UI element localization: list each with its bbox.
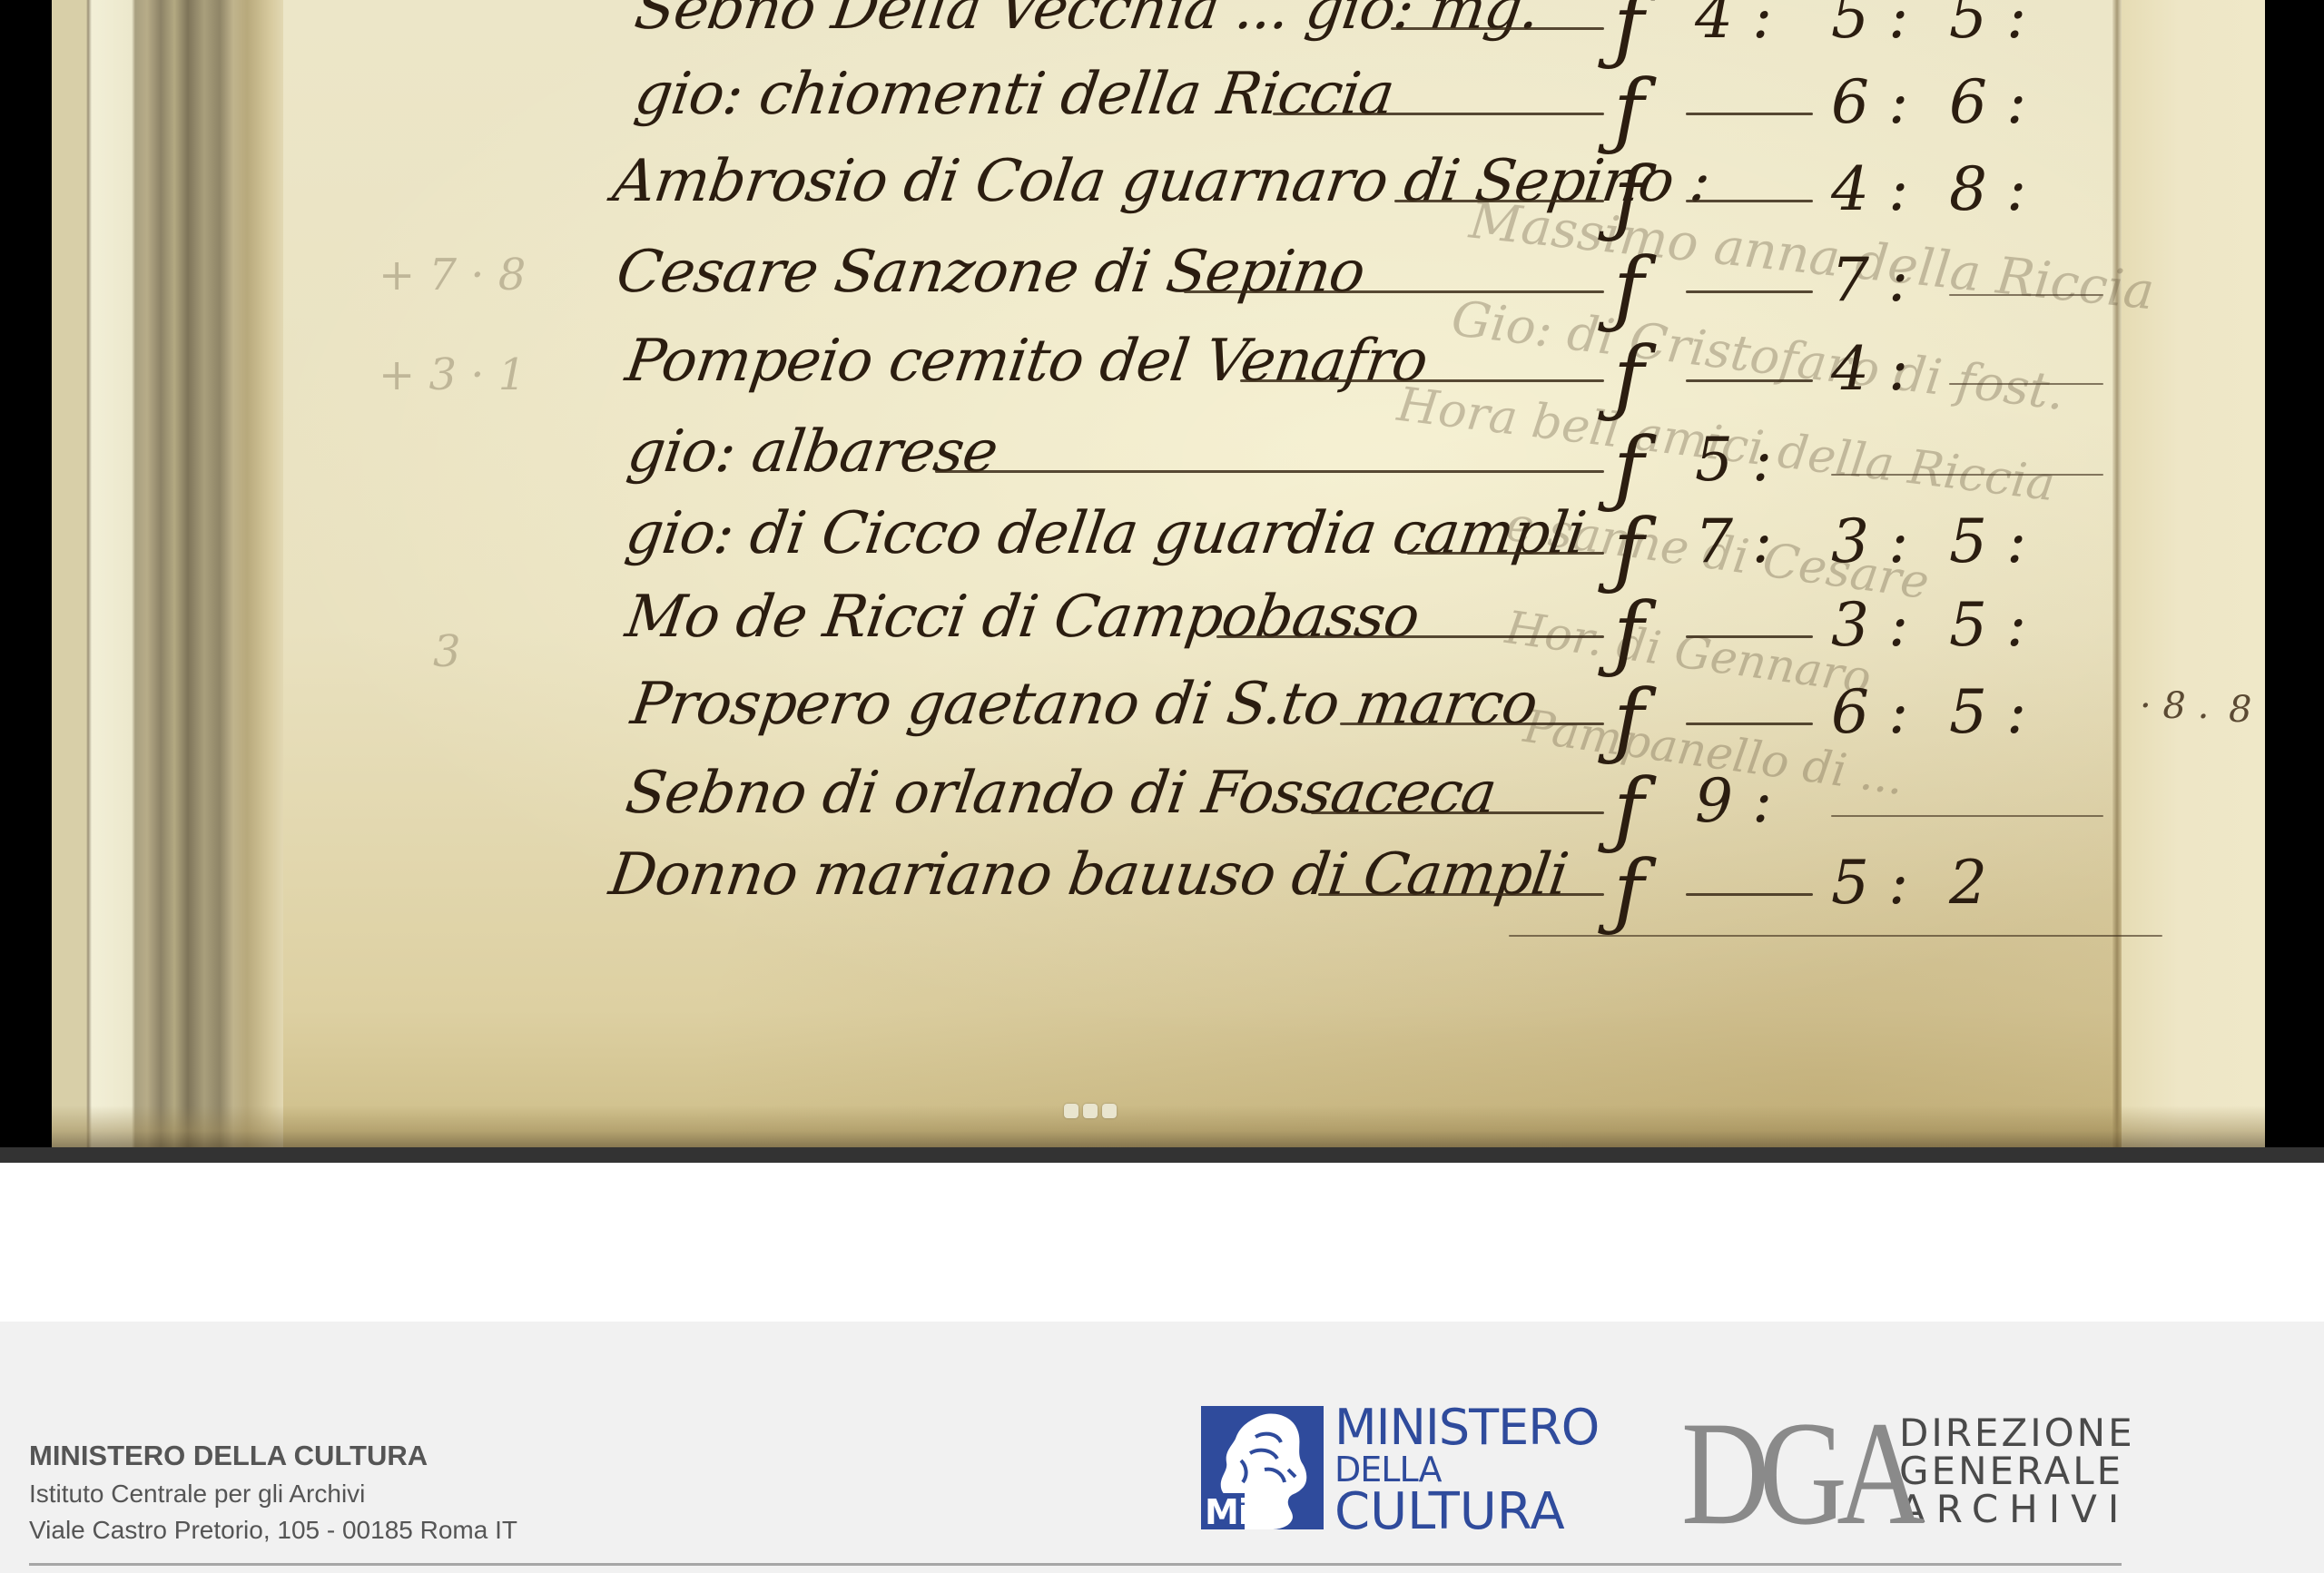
ledger-amount: 5 : bbox=[1949, 683, 2026, 742]
ledger-amount: 5 : bbox=[1949, 0, 2026, 47]
ledger-amount: 5 : bbox=[1695, 430, 1772, 490]
margin-note: 8 . bbox=[2229, 692, 2265, 728]
ledger-leader-rule bbox=[1311, 811, 1604, 814]
ledger-amount: 5 : bbox=[1949, 595, 2026, 655]
ledger-amount: 6 : bbox=[1949, 73, 2026, 133]
ledger-amount: 9 : bbox=[1695, 772, 1772, 831]
currency-mark-icon: ƒ bbox=[1613, 156, 1644, 240]
ledger-blank-rule bbox=[1949, 294, 2103, 296]
footer-org-title: MINISTERO DELLA CULTURA bbox=[29, 1440, 428, 1472]
ledger-leader-rule bbox=[1686, 893, 1813, 896]
currency-mark-icon: ƒ bbox=[1613, 247, 1644, 330]
bleedthrough-text: + 3 · 1 bbox=[379, 349, 526, 400]
book-binding-edge bbox=[52, 0, 283, 1147]
dga-wordmark-line1: DIREZIONE bbox=[1899, 1414, 2135, 1452]
ledger-amount: 7 : bbox=[1695, 512, 1772, 572]
mic-logo-link[interactable]: MiC MINISTERO DELLA CULTURA bbox=[1201, 1406, 1599, 1529]
footer-institute: Istituto Centrale per gli Archivi bbox=[29, 1480, 365, 1509]
mic-wordmark: MINISTERO DELLA CULTURA bbox=[1334, 1406, 1599, 1529]
ledger-amount: 5 : bbox=[1949, 512, 2026, 572]
ledger-amount: 2 bbox=[1949, 853, 1987, 913]
mic-wordmark-line3: CULTURA bbox=[1334, 1487, 1599, 1538]
ledger-total-rule bbox=[1509, 935, 2162, 937]
ledger-blank-rule bbox=[1831, 815, 2103, 817]
currency-mark-icon: ƒ bbox=[1613, 679, 1644, 762]
mic-abbr: MiC bbox=[1205, 1495, 1274, 1529]
currency-mark-icon: ƒ bbox=[1613, 427, 1644, 510]
ledger-leader-rule bbox=[1184, 290, 1604, 293]
currency-mark-icon: ƒ bbox=[1613, 768, 1644, 851]
ledger-leader-rule bbox=[1391, 27, 1604, 30]
ledger-amount: 5 : bbox=[1831, 0, 1908, 47]
ledger-amount: 3 : bbox=[1831, 595, 1908, 655]
currency-mark-icon: ƒ bbox=[1613, 850, 1644, 933]
ledger-amount: 7 : bbox=[1831, 251, 1908, 310]
page-fold bbox=[2112, 0, 2122, 1147]
ledger-amount: 6 : bbox=[1831, 73, 1908, 133]
currency-mark-icon: ƒ bbox=[1613, 69, 1644, 152]
ledger-leader-rule bbox=[1686, 635, 1813, 638]
currency-mark-icon: ƒ bbox=[1613, 0, 1644, 67]
dga-wordmark-line2: GENERALE bbox=[1899, 1452, 2135, 1490]
ledger-leader-rule bbox=[1686, 200, 1813, 202]
ledger-amount: 8 : bbox=[1949, 160, 2026, 220]
ledger-blank-rule bbox=[1949, 383, 2103, 385]
page-bottom-edge bbox=[52, 1106, 2265, 1147]
bleedthrough-text: Hor. di Gennaro bbox=[1502, 601, 1875, 704]
pager-dot[interactable] bbox=[1083, 1104, 1098, 1118]
dga-wordmark: DIREZIONE GENERALE ARCHIVI bbox=[1899, 1414, 2135, 1529]
mic-wordmark-line1: MINISTERO bbox=[1334, 1403, 1599, 1452]
ledger-leader-rule bbox=[1686, 723, 1813, 725]
ledger-amount: 4 : bbox=[1695, 0, 1772, 47]
ledger-leader-rule bbox=[1686, 379, 1813, 382]
ledger-leader-rule bbox=[1686, 113, 1813, 115]
ledger-blank-rule bbox=[1831, 474, 2103, 476]
dga-logo-link[interactable]: DGA DIREZIONE GENERALE ARCHIVI bbox=[1681, 1412, 2135, 1530]
ledger-leader-rule bbox=[1216, 635, 1604, 638]
ledger-leader-rule bbox=[1340, 723, 1604, 725]
footer-address: Viale Castro Pretorio, 105 - 00185 Roma … bbox=[29, 1516, 517, 1545]
bleedthrough-text: 3 bbox=[433, 626, 461, 677]
ledger-entry-name: Sebno Della Vecchia ... gio: mg. bbox=[632, 0, 1543, 38]
manuscript-scan[interactable]: Massimo anna della Riccia Gio: di Cristo… bbox=[52, 0, 2265, 1147]
currency-mark-icon: ƒ bbox=[1613, 592, 1644, 675]
page-pager[interactable] bbox=[1064, 1104, 1117, 1118]
pager-dot[interactable] bbox=[1064, 1104, 1078, 1118]
viewer-toolbar-bar bbox=[0, 1147, 2324, 1164]
content-spacer bbox=[0, 1163, 2324, 1322]
currency-mark-icon: ƒ bbox=[1613, 508, 1644, 592]
footer-divider bbox=[29, 1563, 2122, 1566]
ledger-leader-rule bbox=[1407, 552, 1604, 555]
bleedthrough-text: + 7 · 8 bbox=[379, 250, 526, 300]
pager-dot[interactable] bbox=[1102, 1104, 1117, 1118]
currency-mark-icon: ƒ bbox=[1613, 336, 1644, 419]
site-footer: MINISTERO DELLA CULTURA Istituto Central… bbox=[0, 1322, 2324, 1573]
margin-note: · 8 . bbox=[2140, 688, 2209, 724]
ledger-leader-rule bbox=[1240, 379, 1604, 382]
adjacent-page-edge bbox=[2122, 0, 2265, 1147]
ledger-amount: 4 : bbox=[1831, 339, 1908, 399]
ledger-amount: 5 : bbox=[1831, 853, 1908, 913]
ledger-amount: 4 : bbox=[1831, 160, 1908, 220]
dga-monogram: DGA bbox=[1681, 1400, 1854, 1548]
ledger-leader-rule bbox=[1394, 200, 1604, 202]
mic-emblem-icon: MiC bbox=[1201, 1406, 1324, 1529]
ledger-amount: 3 : bbox=[1831, 512, 1908, 572]
document-viewer[interactable]: Massimo anna della Riccia Gio: di Cristo… bbox=[0, 0, 2324, 1147]
dga-wordmark-line3: ARCHIVI bbox=[1899, 1490, 2135, 1529]
ledger-leader-rule bbox=[1318, 893, 1604, 896]
ledger-amount: 6 : bbox=[1831, 683, 1908, 742]
ledger-leader-rule bbox=[1686, 290, 1813, 293]
ledger-leader-rule bbox=[1273, 113, 1604, 115]
ledger-leader-rule bbox=[935, 470, 1604, 473]
